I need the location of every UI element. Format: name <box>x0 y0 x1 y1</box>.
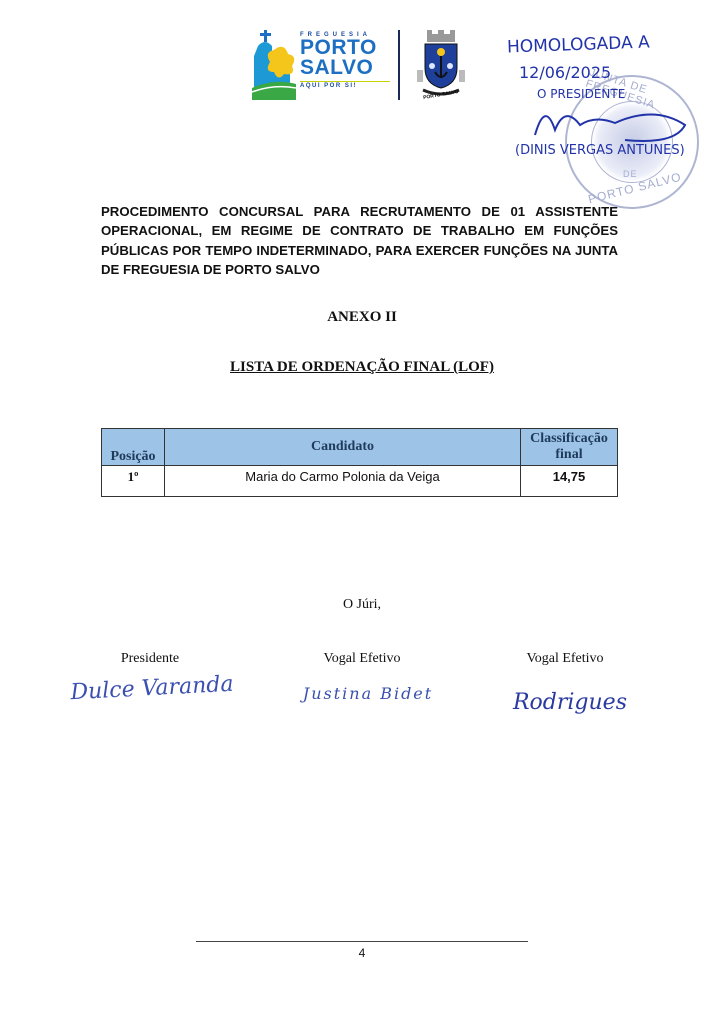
signature-member-1: Justina Bidet <box>278 684 458 703</box>
signature-member-2: Rodrigues <box>480 690 660 715</box>
logo-slogan: AQUI POR SI! <box>300 81 390 89</box>
logo-divider <box>398 30 400 100</box>
logo-line-1: PORTO <box>300 38 390 58</box>
cell-candidate: Maria do Carmo Polonia da Veiga <box>165 466 521 497</box>
final-ranking-table: Posição Candidato Classificação final 1º… <box>101 428 618 497</box>
jury-role-member-1: Vogal Efetivo <box>282 651 442 667</box>
cell-score: 14,75 <box>521 466 618 497</box>
footer-divider <box>196 941 528 942</box>
page-number: 4 <box>0 946 724 960</box>
signature-president: Dulce Varanda <box>61 671 242 705</box>
homologation-date: 12/06/2025 <box>519 63 611 82</box>
list-title: LISTA DE ORDENAÇÃO FINAL (LOF) <box>0 359 724 376</box>
church-flower-icon <box>250 28 298 104</box>
jury-heading: O Júri, <box>0 597 724 613</box>
homologation-label: HOMOLOGADA A <box>507 33 650 58</box>
logo-line-2: SALVO <box>300 58 390 78</box>
jury-role-member-2: Vogal Efetivo <box>485 651 645 667</box>
table-row: 1º Maria do Carmo Polonia da Veiga 14,75 <box>102 466 618 497</box>
jury-role-president: Presidente <box>70 651 230 667</box>
document-title: PROCEDIMENTO CONCURSAL PARA RECRUTAMENTO… <box>101 202 618 279</box>
parish-logo: FREGUESIA PORTO SALVO AQUI POR SI! <box>250 28 385 104</box>
cell-position: 1º <box>102 466 165 497</box>
homologation-note: JUNTA DE FREGUESIA DE PORTO SALVO HOMOLO… <box>505 35 720 205</box>
table-header-row: Posição Candidato Classificação final <box>102 429 618 466</box>
coat-of-arms-logo: PORTO SALVO <box>415 28 467 104</box>
homologation-signatory: (DINIS VERGAS ANTUNES) <box>515 143 685 158</box>
annex-heading: ANEXO II <box>0 309 724 326</box>
stamp-middle-text: DE <box>623 169 638 179</box>
column-header-score: Classificação final <box>521 429 618 466</box>
column-header-candidate: Candidato <box>165 429 521 466</box>
column-header-position: Posição <box>102 429 165 466</box>
